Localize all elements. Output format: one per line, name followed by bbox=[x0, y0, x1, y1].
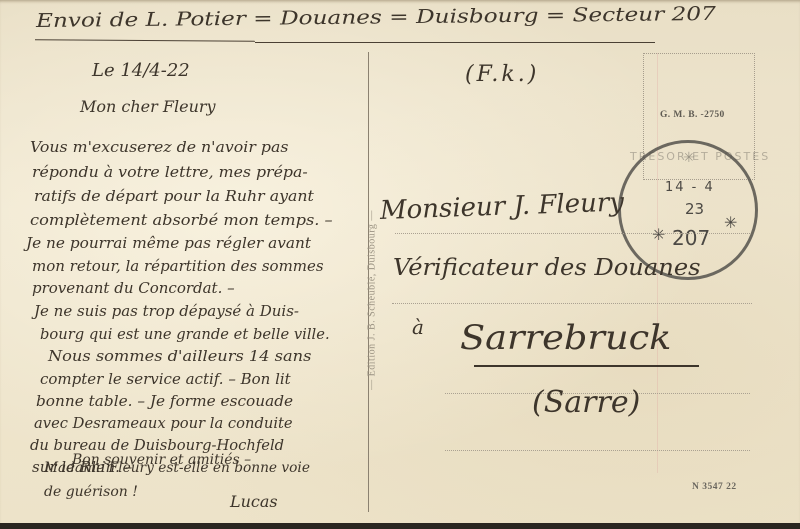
recipient-name: Monsieur J. Fleury bbox=[379, 187, 624, 225]
message-line: Je ne suis pas trop dépaysé à Duis- bbox=[34, 302, 299, 320]
header-underline bbox=[35, 39, 255, 42]
header-underline-right bbox=[255, 42, 655, 43]
recipient-region: (Sarre) bbox=[532, 385, 640, 420]
message-line: avec Desrameaux pour la conduite bbox=[34, 414, 293, 432]
postcard-back: Envoi de L. Potier = Douanes = Duisbourg… bbox=[0, 0, 800, 523]
publisher-imprint: — Edition J. B. Scheublé, Duisbourg — bbox=[367, 210, 378, 390]
message-line: Vous m'excuserez de n'avoir pas bbox=[30, 138, 288, 156]
address-line-2 bbox=[392, 303, 752, 304]
message-line: Je ne pourrai même pas régler avant bbox=[26, 234, 311, 252]
message-line: bonne table. – Je forme escouade bbox=[36, 392, 293, 410]
message-salutation: Mon cher Fleury bbox=[80, 97, 216, 116]
city-underline bbox=[474, 365, 699, 367]
address-line-4 bbox=[445, 450, 750, 451]
stamp-box-label: G. M. B. -2750 bbox=[660, 110, 725, 120]
sender-note: Envoi de L. Potier = Douanes = Duisbourg… bbox=[36, 3, 716, 32]
recipient-title: Vérificateur des Douanes bbox=[393, 255, 701, 281]
annotation: (F.k.) bbox=[465, 62, 539, 87]
message-line: de guérison ! bbox=[44, 484, 138, 500]
message-line: compter le service actif. – Bon lit bbox=[40, 370, 291, 388]
address-line-1 bbox=[395, 233, 750, 234]
scan-bottom-edge bbox=[0, 523, 800, 529]
postmark-star-right-icon: ✳ bbox=[724, 213, 737, 232]
message-line: provenant du Concordat. – bbox=[32, 279, 235, 297]
postmark-year: 23 bbox=[685, 200, 704, 218]
postmark-star-icon: ✳ bbox=[683, 150, 695, 166]
postmark-sector: 207 bbox=[672, 226, 710, 250]
postmark-day-month: 14 - 4 bbox=[665, 180, 715, 195]
card-serial-number: N 3547 22 bbox=[692, 482, 737, 492]
message-line: complètement absorbé mon temps. – bbox=[30, 211, 333, 229]
address-prefix: à bbox=[412, 315, 424, 339]
message-line: ratifs de départ pour la Ruhr ayant bbox=[34, 187, 314, 205]
message-line: Madame Fleury est-elle en bonne voie bbox=[44, 460, 310, 476]
message-line: répondu à votre lettre, mes prépa- bbox=[32, 163, 308, 181]
message-line: Nous sommes d'ailleurs 14 sans bbox=[48, 347, 311, 365]
message-date: Le 14/4-22 bbox=[92, 60, 190, 81]
message-line: bourg qui est une grande et belle ville. bbox=[40, 325, 330, 343]
recipient-city: Sarrebruck bbox=[460, 318, 671, 358]
message-line: mon retour, la répartition des sommes bbox=[32, 257, 324, 275]
postmark-star-left-icon: ✳ bbox=[652, 225, 665, 244]
signature: Lucas bbox=[230, 492, 278, 511]
